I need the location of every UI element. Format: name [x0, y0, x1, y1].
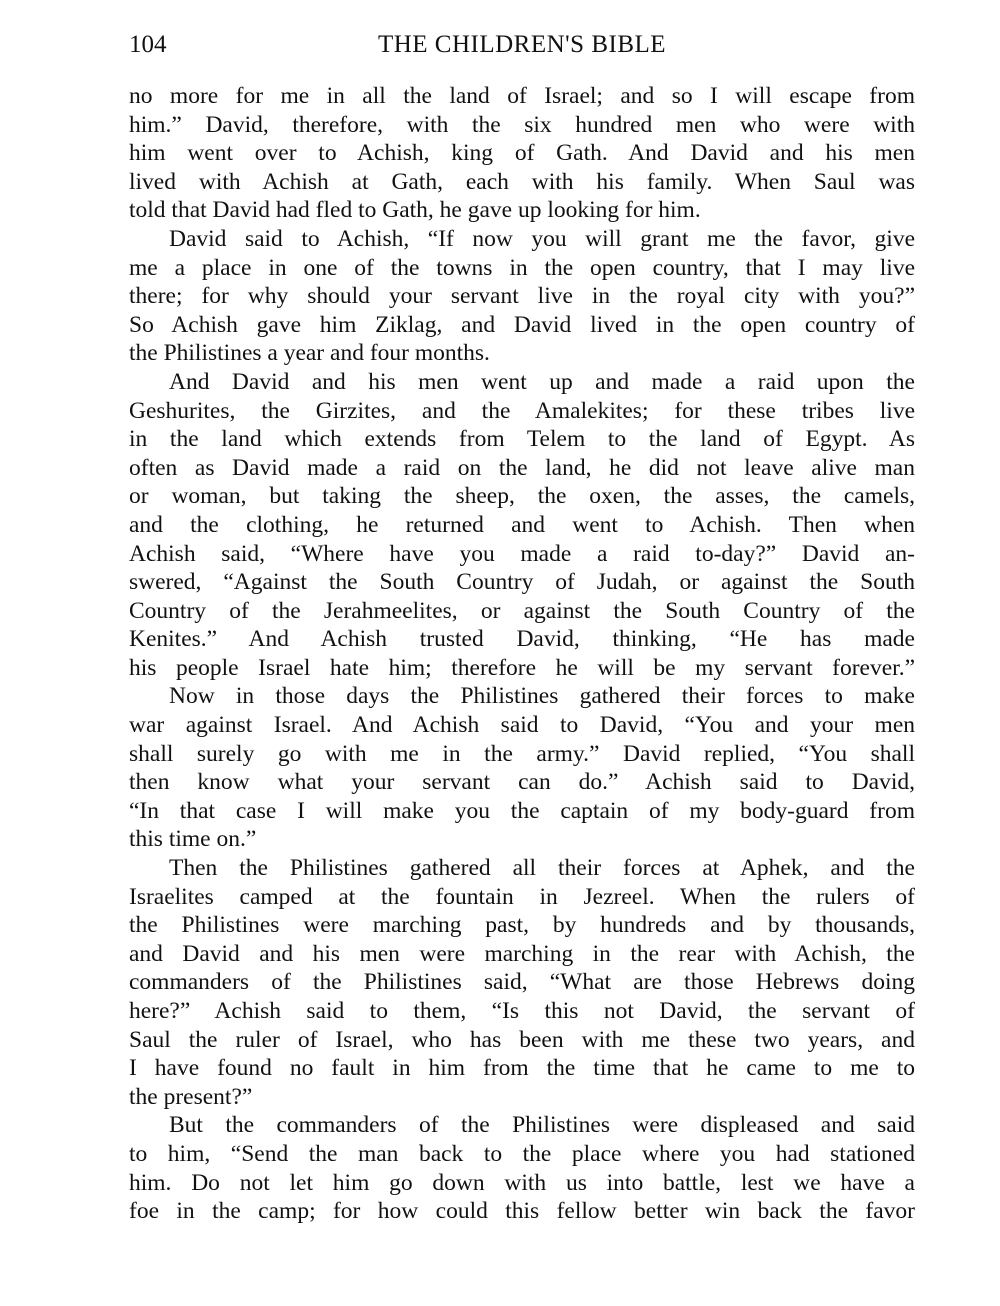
book-title: THE CHILDREN'S BIBLE: [129, 28, 915, 62]
text-line: and David and his men were marching in t…: [129, 940, 915, 969]
text-line: here?” Achish said to them, “Is this not…: [129, 997, 915, 1026]
text-line: him went over to Achish, king of Gath. A…: [129, 139, 915, 168]
text-line: him. Do not let him go down with us into…: [129, 1169, 915, 1198]
text-line: Kenites.” And Achish trusted David, thin…: [129, 625, 915, 654]
text-line: and the clothing, he returned and went t…: [129, 511, 915, 540]
text-line: Geshurites, the Girzites, and the Amalek…: [129, 397, 915, 426]
running-head: 104 THE CHILDREN'S BIBLE: [129, 28, 915, 62]
text-line: the Philistines a year and four months.: [129, 339, 915, 368]
text-line: the present?”: [129, 1083, 915, 1112]
paragraph: David said to Achish, “If now you will g…: [129, 225, 915, 368]
text-line: war against Israel. And Achish said to D…: [129, 711, 915, 740]
paragraph: Then the Philistines gathered all their …: [129, 854, 915, 1111]
text-line: or woman, but taking the sheep, the oxen…: [129, 482, 915, 511]
text-line: Now in those days the Philistines gather…: [129, 682, 915, 711]
text-line: often as David made a raid on the land, …: [129, 454, 915, 483]
text-line: Country of the Jerahmeelites, or against…: [129, 597, 915, 626]
text-line: commanders of the Philistines said, “Wha…: [129, 968, 915, 997]
text-line: David said to Achish, “If now you will g…: [129, 225, 915, 254]
text-line: then know what your servant can do.” Ach…: [129, 768, 915, 797]
text-line: this time on.”: [129, 825, 915, 854]
text-line: me a place in one of the towns in the op…: [129, 254, 915, 283]
text-line: But the commanders of the Philistines we…: [129, 1111, 915, 1140]
text-line: So Achish gave him Ziklag, and David liv…: [129, 311, 915, 340]
text-line: told that David had fled to Gath, he gav…: [129, 196, 915, 225]
text-line: Then the Philistines gathered all their …: [129, 854, 915, 883]
text-line: Israelites camped at the fountain in Jez…: [129, 883, 915, 912]
paragraph: no more for me in all the land of Israel…: [129, 82, 915, 225]
text-line: no more for me in all the land of Israel…: [129, 82, 915, 111]
book-page: 104 THE CHILDREN'S BIBLE no more for me …: [0, 0, 1000, 1306]
text-line: swered, “Against the South Country of Ju…: [129, 568, 915, 597]
body-text: no more for me in all the land of Israel…: [129, 82, 915, 1226]
text-line: him.” David, therefore, with the six hun…: [129, 111, 915, 140]
text-line: there; for why should your servant live …: [129, 282, 915, 311]
paragraph: And David and his men went up and made a…: [129, 368, 915, 683]
paragraph: Now in those days the Philistines gather…: [129, 682, 915, 854]
paragraph: But the commanders of the Philistines we…: [129, 1111, 915, 1225]
text-line: foe in the camp; for how could this fell…: [129, 1197, 915, 1226]
text-line: in the land which extends from Telem to …: [129, 425, 915, 454]
text-line: Saul the ruler of Israel, who has been w…: [129, 1026, 915, 1055]
text-line: Achish said, “Where have you made a raid…: [129, 540, 915, 569]
text-line: “In that case I will make you the captai…: [129, 797, 915, 826]
text-line: lived with Achish at Gath, each with his…: [129, 168, 915, 197]
text-line: his people Israel hate him; therefore he…: [129, 654, 915, 683]
text-line: to him, “Send the man back to the place …: [129, 1140, 915, 1169]
text-line: the Philistines were marching past, by h…: [129, 911, 915, 940]
text-line: I have found no fault in him from the ti…: [129, 1054, 915, 1083]
text-line: And David and his men went up and made a…: [129, 368, 915, 397]
text-line: shall surely go with me in the army.” Da…: [129, 740, 915, 769]
